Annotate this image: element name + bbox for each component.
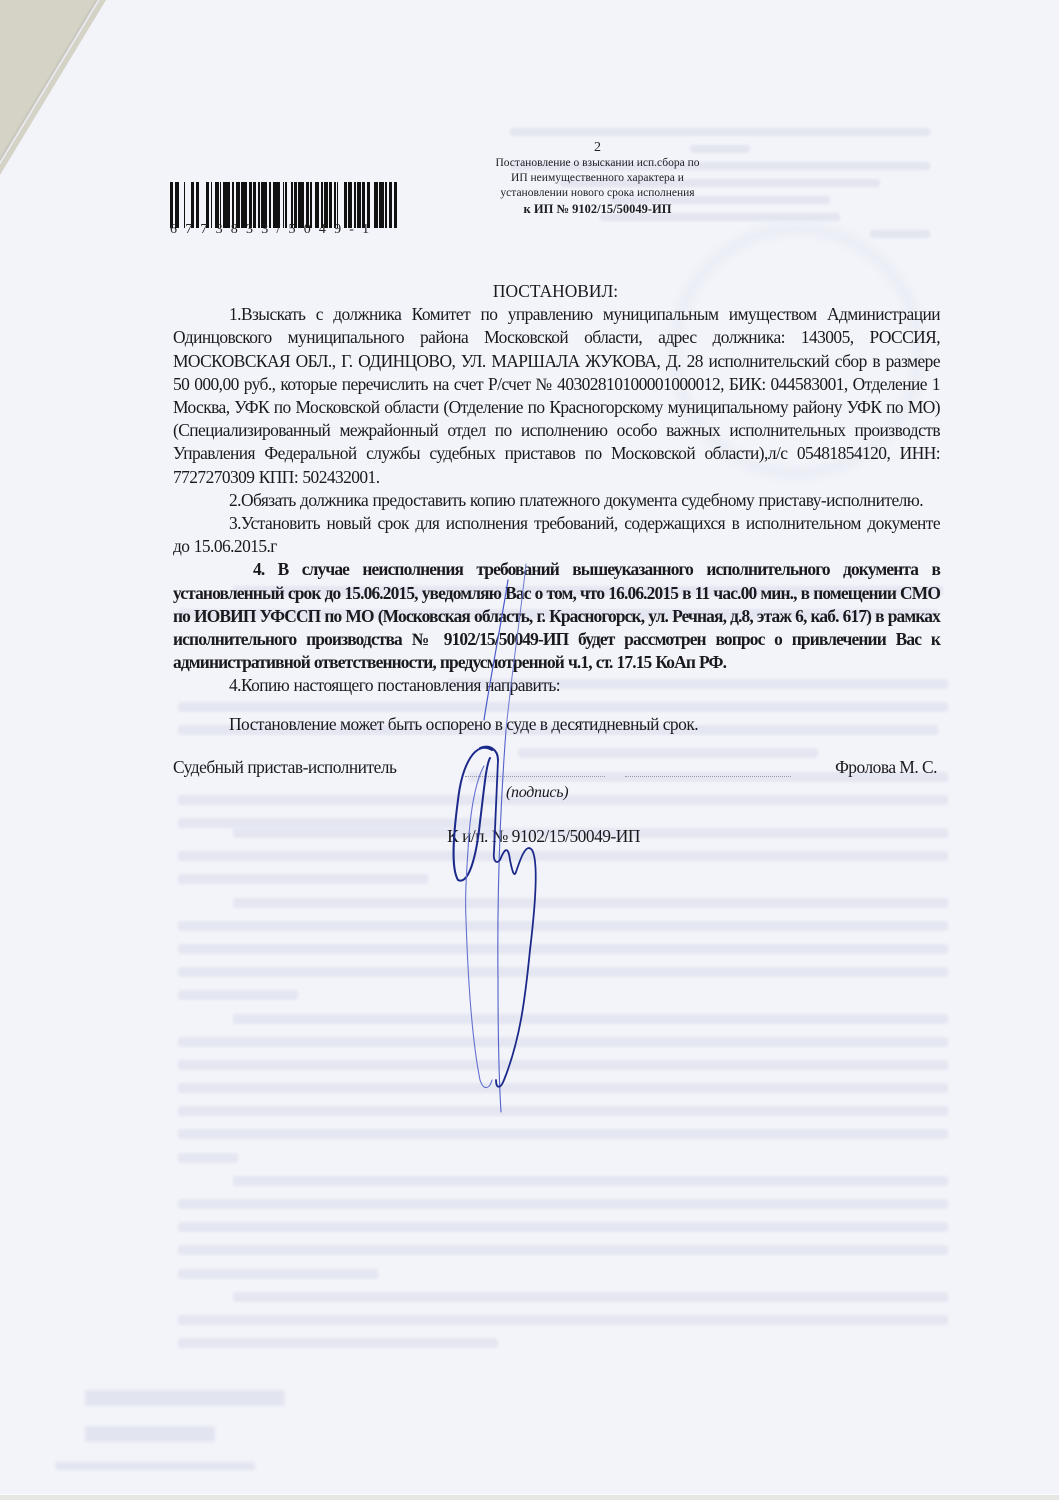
paragraph-4-copy-send: 4.Копию настоящего постановления направи… [173,674,940,697]
resolution-title: ПОСТАНОВИЛ: [172,280,939,303]
header-case-ref: к ИП № 9102/15/50049-ИП [470,201,725,218]
document-header: 2 Постановление о взыскании исп.сбора по… [470,140,725,218]
officer-name: Фролова М. С. [835,756,937,779]
folded-page-corner [0,0,106,175]
doc-title-line: Постановление о взыскании исп.сбора по [470,156,725,171]
paragraph-4-liability-notice: 4. В случае неисполнения требований выше… [173,558,940,674]
document-body: ПОСТАНОВИЛ: 1.Взыскать с должника Комите… [173,280,940,848]
officer-position: Судебный пристав-исполнитель [173,756,396,779]
barcode-number: 6773833/5049-1 [170,222,400,238]
name-line [625,776,791,777]
signature-caption: (подпись) [506,781,568,804]
paragraph-2-provide-copy: 2.Обязать должника предоставить копию пл… [173,489,940,512]
signature-line [465,776,605,777]
doc-title-line: установлении нового срока исполнения [470,186,725,201]
bleed-through-footer [85,1390,305,1490]
signature-block: Судебный пристав-исполнитель Фролова М. … [173,756,940,779]
page-number: 2 [470,140,725,156]
footer-case-ref: К и/п. № 9102/15/50049-ИП [160,825,927,848]
bleed-through-text-lower [178,828,948,1361]
appeal-note: Постановление может быть оспорено в суде… [173,713,940,736]
page-bottom-edge [0,1494,1059,1500]
doc-title-line: ИП неимущественного характера и [470,171,725,186]
paragraph-1-collect-fee: 1.Взыскать с должника Комитет по управле… [173,303,940,489]
paragraph-3-new-deadline: 3.Установить новый срок для исполнения т… [173,512,940,558]
